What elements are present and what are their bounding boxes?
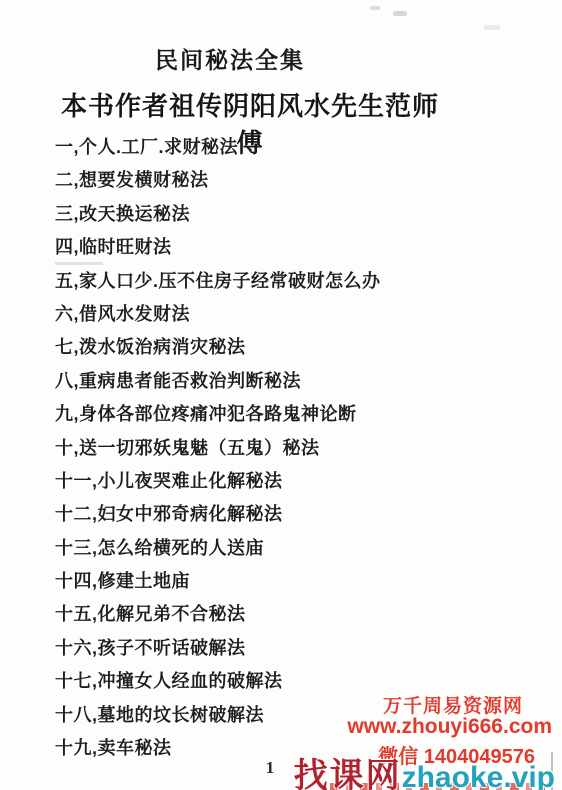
toc-item: 十三,怎么给横死的人送庙 [55,532,525,565]
scan-speck [484,25,500,30]
toc-item: 十一,小儿夜哭难止化解秘法 [55,465,525,498]
watermark-brand-name: 找课网 [294,757,402,790]
toc-item: 七,泼水饭治病消灾秘法 [55,331,525,364]
toc-item: 十四,修建土地庙 [55,565,525,598]
toc-item: 十,送一切邪妖鬼魅（五鬼）秘法 [55,432,525,465]
book-title: 民间秘法全集 [55,42,405,75]
scan-speck [55,262,103,265]
toc-item: 四,临时旺财法 [55,231,525,264]
toc-item: 五,家人口少.压不住房子经常破财怎么办 [55,265,525,298]
table-of-contents: 一,个人.工厂.求财秘法 二,想要发横财秘法 三,改天换运秘法 四,临时旺财法 … [55,131,525,765]
toc-item: 三,改天换运秘法 [55,198,525,231]
toc-item: 十五,化解兄弟不合秘法 [55,598,525,631]
toc-item: 一,个人.工厂.求财秘法 [55,131,525,164]
toc-item: 二,想要发横财秘法 [55,164,525,197]
toc-item: 六,借风水发财法 [55,298,525,331]
toc-item: 九,身体各部位疼痛冲犯各路鬼神论断 [55,398,525,431]
scan-speck [370,6,380,10]
watermark-brand: 找课网zhaoke.vip [294,748,555,790]
scanned-page: 民间秘法全集 本书作者祖传阴阳风水先生范师傅 一,个人.工厂.求财秘法 二,想要… [0,0,562,790]
page-number: 1 [260,758,280,778]
watermark-site-url: www.zhouyi666.com [347,715,552,739]
scan-speck [393,11,407,16]
watermark-site-name: 万千周易资源网 [383,691,523,718]
toc-item: 十二,妇女中邪奇病化解秘法 [55,498,525,531]
toc-item: 十六,孩子不听话破解法 [55,632,525,665]
watermark-brand-url: zhaoke.vip [402,761,555,790]
toc-item: 八,重病患者能否救治判断秘法 [55,365,525,398]
